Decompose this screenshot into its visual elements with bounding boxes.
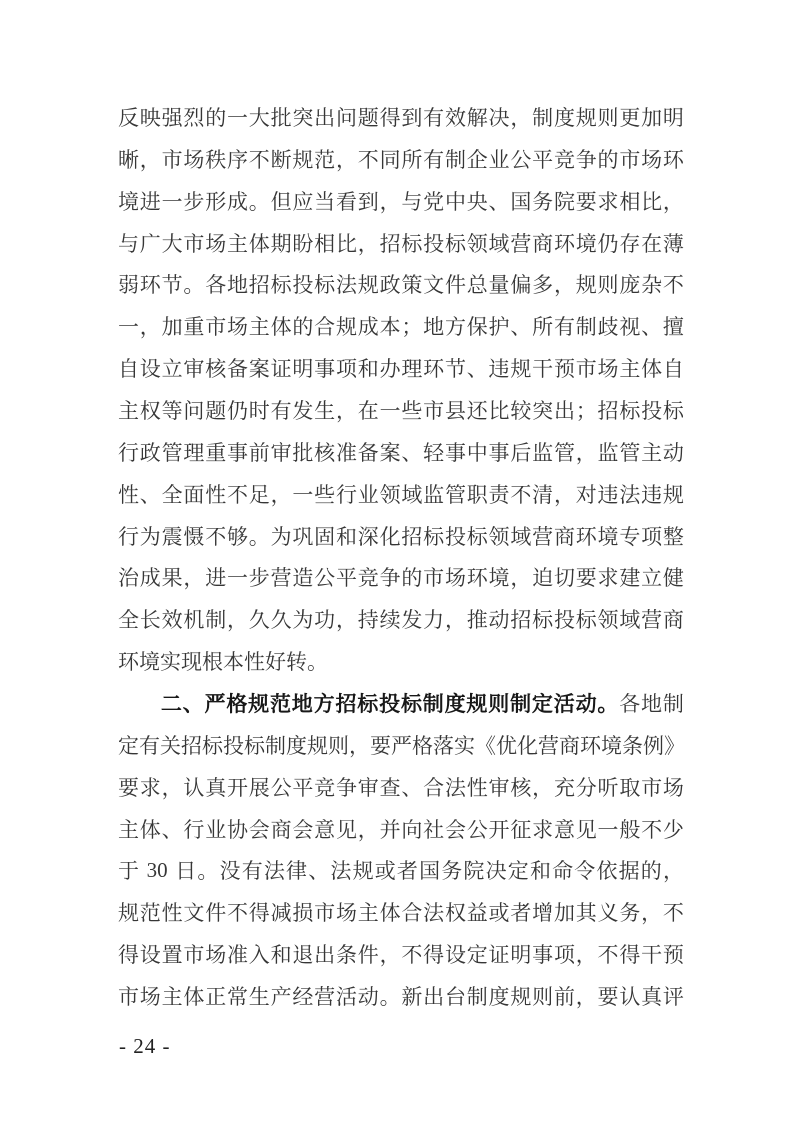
- text-line: 晰，市场秩序不断规范，不同所有制企业公平竞争的市场环: [118, 138, 684, 180]
- text-line: 定有关招标投标制度规则，要严格落实《优化营商环境条例》: [118, 724, 684, 766]
- section-heading-line: 二、严格规范地方招标投标制度规则制定活动。各地制: [118, 682, 684, 724]
- text-line: 市场主体正常生产经营活动。新出台制度规则前，要认真评: [118, 975, 684, 1017]
- text-line: 得设置市场准入和退出条件，不得设定证明事项，不得干预: [118, 933, 684, 975]
- text-line: 全长效机制，久久为功，持续发力，推动招标投标领域营商: [118, 598, 684, 640]
- text-line: 主体、行业协会商会意见，并向社会公开征求意见一般不少: [118, 808, 684, 850]
- text-line: 弱环节。各地招标投标法规政策文件总量偏多，规则庞杂不: [118, 263, 684, 305]
- text-line: 规范性文件不得减损市场主体合法权益或者增加其义务，不: [118, 891, 684, 933]
- text-line: 行为震慑不够。为巩固和深化招标投标领域营商环境专项整: [118, 515, 684, 557]
- text-line: 性、全面性不足，一些行业领域监管职责不清，对违法违规: [118, 473, 684, 515]
- text-line: 行政管理重事前审批核准备案、轻事中事后监管，监管主动: [118, 431, 684, 473]
- page-number: - 24 -: [119, 1034, 171, 1059]
- text-line: 要求，认真开展公平竞争审查、合法性审核，充分听取市场: [118, 766, 684, 808]
- text-line: 于 30 日。没有法律、法规或者国务院决定和命令依据的，: [118, 849, 684, 891]
- text-line: 反映强烈的一大批突出问题得到有效解决，制度规则更加明: [118, 96, 684, 138]
- text-line: 治成果，进一步营造公平竞争的市场环境，迫切要求建立健: [118, 556, 684, 598]
- text-line: 与广大市场主体期盼相比，招标投标领域营商环境仍存在薄: [118, 222, 684, 264]
- text-line: 一，加重市场主体的合规成本；地方保护、所有制歧视、擅: [118, 305, 684, 347]
- text-line: 环境实现根本性好转。: [118, 640, 684, 682]
- document-body: 反映强烈的一大批突出问题得到有效解决，制度规则更加明 晰，市场秩序不断规范，不同…: [118, 96, 684, 1017]
- text-line: 自设立审核备案证明事项和办理环节、违规干预市场主体自: [118, 347, 684, 389]
- text-line: 主权等问题仍时有发生，在一些市县还比较突出；招标投标: [118, 389, 684, 431]
- document-page: 反映强烈的一大批突出问题得到有效解决，制度规则更加明 晰，市场秩序不断规范，不同…: [0, 0, 800, 1131]
- text-line: 境进一步形成。但应当看到，与党中央、国务院要求相比，: [118, 180, 684, 222]
